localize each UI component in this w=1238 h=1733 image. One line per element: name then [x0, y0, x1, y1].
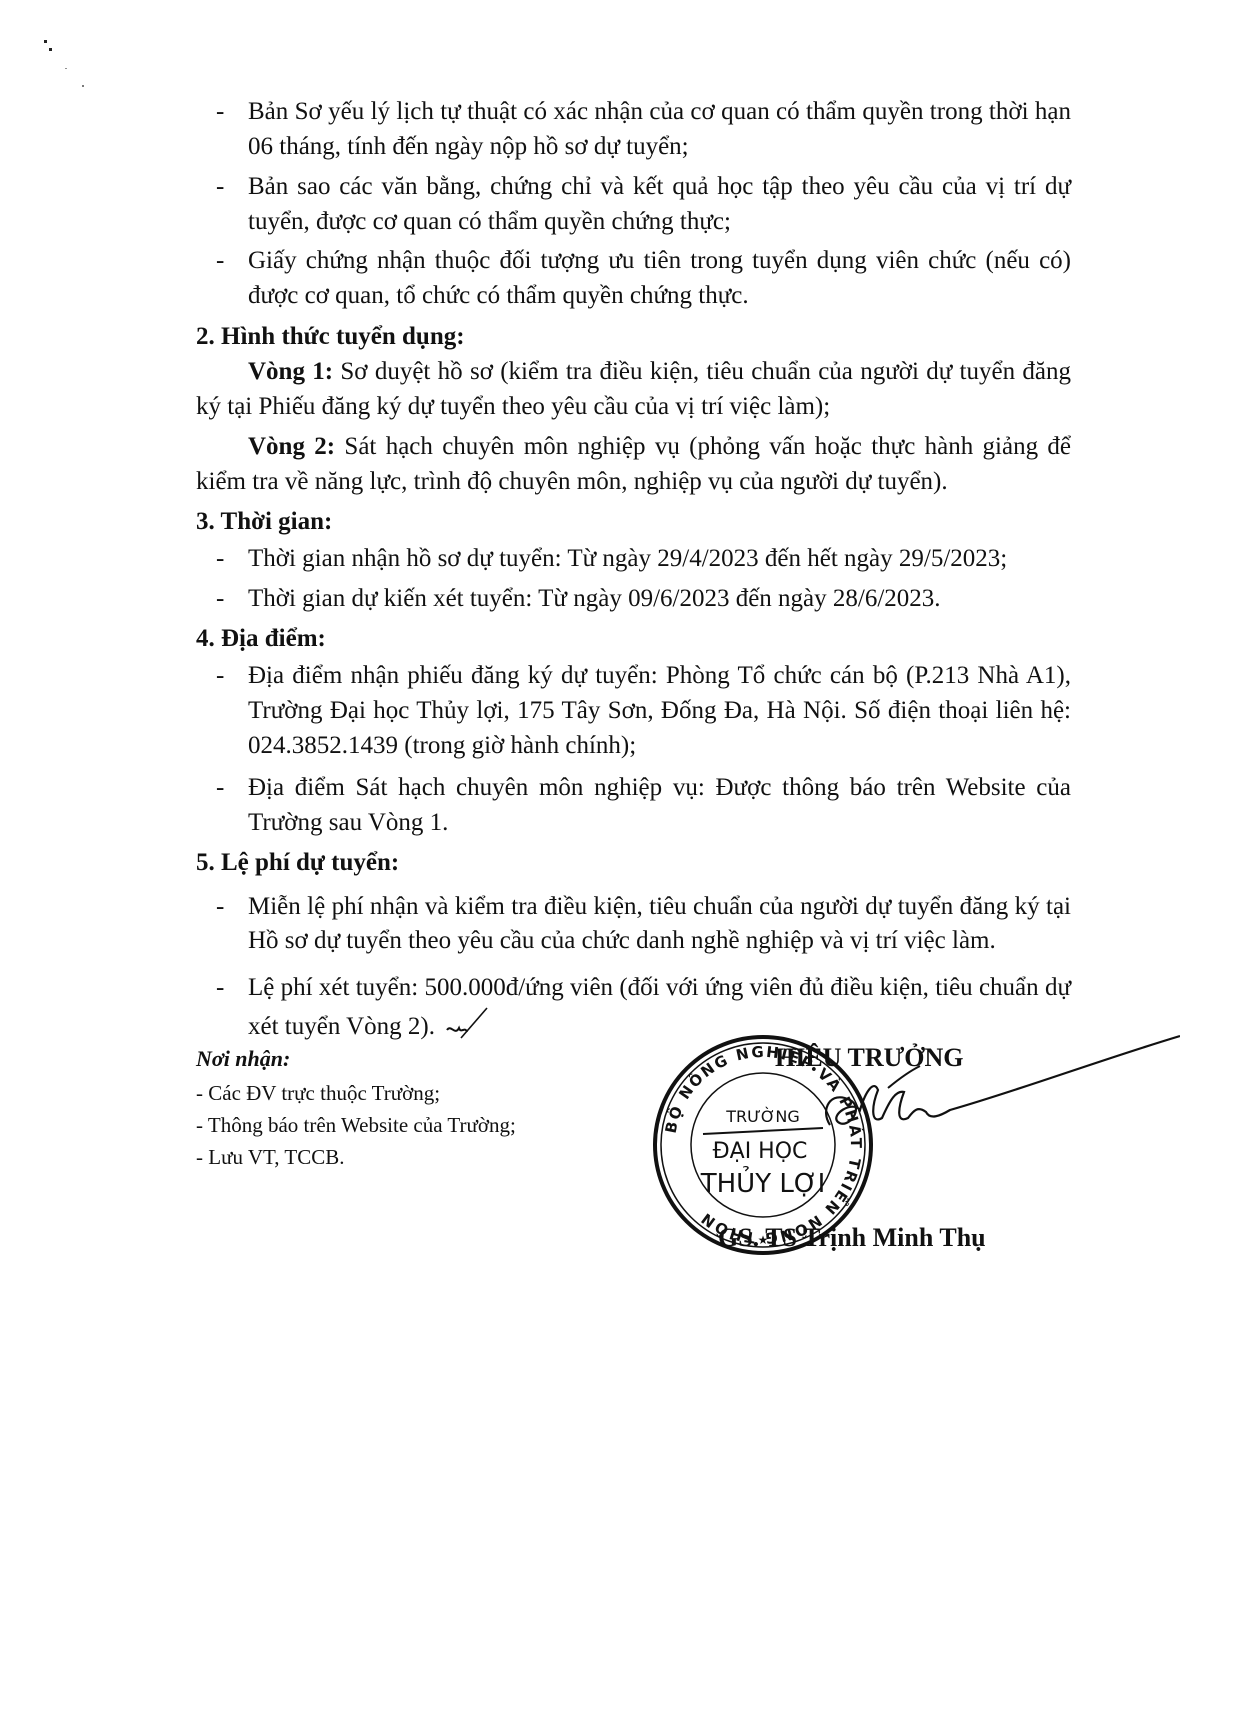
recipient-item: - Lưu VT, TCCB. — [196, 1143, 344, 1171]
requirement-3-line-1: Giấy chứng nhận thuộc đối tượng ưu tiên … — [248, 245, 1071, 277]
seal-line-2: ĐẠI HỌC — [713, 1139, 808, 1164]
scan-artifact — [65, 68, 67, 69]
document-page: - Bản Sơ yếu lý lịch tự thuật có xác nhậ… — [0, 0, 1238, 1733]
scan-artifact — [44, 40, 47, 43]
fee-2-line-2-text: xét tuyển Vòng 2). — [248, 1013, 435, 1040]
requirement-2-line-1: Bản sao các văn bằng, chứng chỉ và kết q… — [248, 171, 1071, 203]
requirement-3-line-2: được cơ quan, tổ chức có thẩm quyền chứn… — [248, 280, 749, 312]
requirement-2-line-2: tuyển, được cơ quan có thẩm quyền chứng … — [248, 206, 731, 238]
round-1-label: Vòng 1: — [248, 358, 333, 385]
scan-artifact — [82, 85, 84, 87]
location-2-line-2: Trường sau Vòng 1. — [248, 807, 448, 839]
section-5-heading: 5. Lệ phí dự tuyển: — [196, 847, 399, 879]
bullet-dash: - — [216, 972, 224, 1004]
recipient-item: - Các ĐV trực thuộc Trường; — [196, 1079, 440, 1107]
time-item-1: Thời gian nhận hồ sơ dự tuyển: Từ ngày 2… — [248, 543, 1007, 575]
bullet-dash: - — [216, 245, 224, 277]
scan-artifact — [49, 48, 52, 51]
signatory-name: GS. TS Trịnh Minh Thụ — [718, 1222, 986, 1254]
round-2-line-1: Vòng 2: Sát hạch chuyên môn nghiệp vụ (p… — [248, 431, 1071, 463]
location-1-line-3: 024.3852.1439 (trong giờ hành chính); — [248, 730, 636, 762]
round-2-line-2: kiểm tra về năng lực, trình độ chuyên mô… — [196, 466, 948, 498]
bullet-dash: - — [216, 171, 224, 203]
location-1-line-1: Địa điểm nhận phiếu đăng ký dự tuyển: Ph… — [248, 660, 1071, 692]
requirement-1-line-2: 06 tháng, tính đến ngày nộp hồ sơ dự tuy… — [248, 131, 689, 163]
location-2-line-1: Địa điểm Sát hạch chuyên môn nghiệp vụ: … — [248, 772, 1071, 804]
bullet-dash: - — [216, 96, 224, 128]
round-2-text: Sát hạch chuyên môn nghiệp vụ (phỏng vấn… — [335, 433, 1071, 460]
fee-1-line-2: Hồ sơ dự tuyển theo yêu cầu của chức dan… — [248, 925, 996, 957]
bullet-dash: - — [216, 660, 224, 692]
bullet-dash: - — [216, 543, 224, 575]
round-1-line-1: Vòng 1: Sơ duyệt hồ sơ (kiểm tra điều ki… — [248, 356, 1071, 388]
section-2-heading: 2. Hình thức tuyển dụng: — [196, 321, 465, 353]
initials-mark-icon — [441, 1006, 491, 1042]
bullet-dash: - — [216, 891, 224, 923]
section-3-heading: 3. Thời gian: — [196, 506, 332, 538]
recipients-title: Nơi nhận: — [196, 1045, 290, 1073]
location-1-line-2: Trường Đại học Thủy lợi, 175 Tây Sơn, Đố… — [248, 695, 1071, 727]
fee-2-line-1: Lệ phí xét tuyển: 500.000đ/ứng viên (đối… — [248, 972, 1071, 1004]
round-1-line-2: ký tại Phiếu đăng ký dự tuyển theo yêu c… — [196, 391, 830, 423]
bullet-dash: - — [216, 583, 224, 615]
fee-2-line-2: xét tuyển Vòng 2). — [248, 1006, 491, 1043]
time-item-2: Thời gian dự kiến xét tuyển: Từ ngày 09/… — [248, 583, 941, 615]
round-1-text: Sơ duyệt hồ sơ (kiểm tra điều kiện, tiêu… — [333, 358, 1071, 385]
fee-1-line-1: Miễn lệ phí nhận và kiểm tra điều kiện, … — [248, 891, 1071, 923]
round-2-label: Vòng 2: — [248, 433, 335, 460]
seal-line-3: THỦY LỢI — [700, 1165, 826, 1199]
requirement-1-line-1: Bản Sơ yếu lý lịch tự thuật có xác nhận … — [248, 96, 1071, 128]
bullet-dash: - — [216, 772, 224, 804]
handwritten-signature-icon — [800, 1030, 1180, 1150]
section-4-heading: 4. Địa điểm: — [196, 623, 326, 655]
seal-line-1: TRƯỜNG — [725, 1107, 800, 1126]
recipient-item: - Thông báo trên Website của Trường; — [196, 1111, 516, 1139]
